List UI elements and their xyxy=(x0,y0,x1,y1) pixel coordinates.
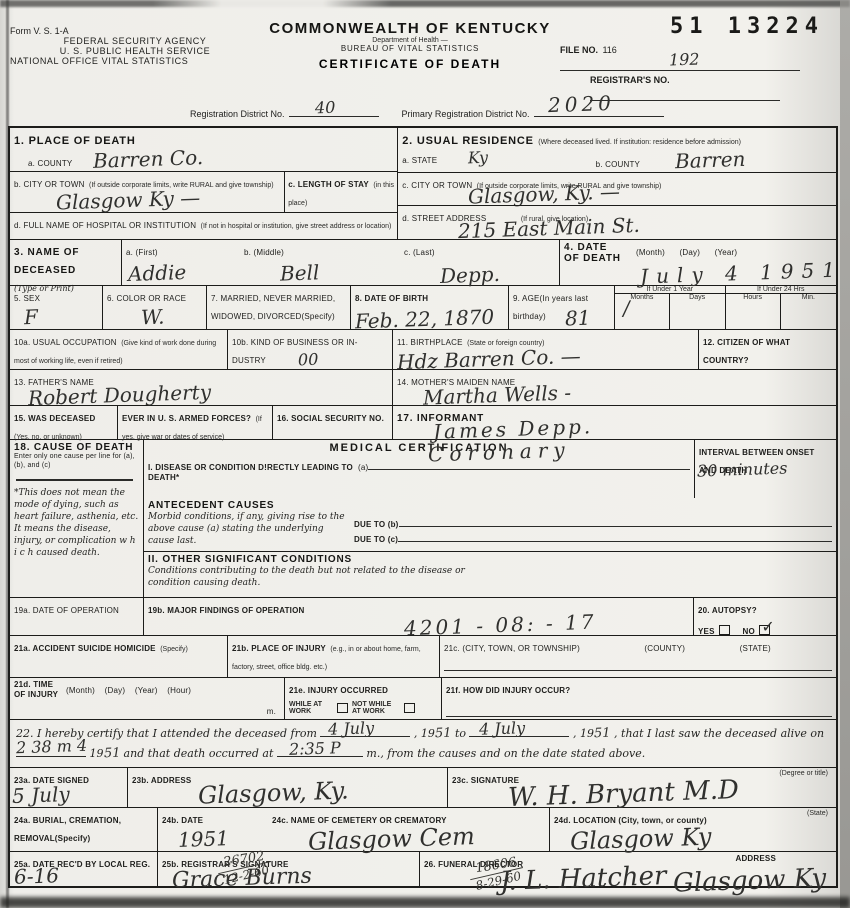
certificate-title: CERTIFICATE OF DEATH xyxy=(260,57,560,71)
other-conditions-title: II. OTHER SIGNIFICANT CONDITIONS xyxy=(148,554,832,565)
marital-label: 7. MARRIED, NEVER MARRIED, WIDOWED, DIVO… xyxy=(211,294,335,321)
address-field: 23b. ADDRESS Glasgow, Ky. xyxy=(128,768,448,807)
ssn-label: 16. SOCIAL SECURITY NO. xyxy=(277,414,384,423)
injury-state-label: (STATE) xyxy=(740,644,771,653)
residence-state-value: Ky xyxy=(467,150,488,167)
hospital-label: d. FULL NAME OF HOSPITAL OR INSTITUTION xyxy=(14,221,196,230)
primary-district-value: 2020 xyxy=(548,93,616,115)
race-label: 6. COLOR OR RACE xyxy=(107,294,186,303)
certify-v6: 51 xyxy=(103,747,120,761)
hours-col: Hours xyxy=(726,294,781,329)
certify-v4: 51 xyxy=(594,727,611,741)
race-value: W. xyxy=(141,307,165,328)
occupation-label: 10a. USUAL OCCUPATION xyxy=(14,338,117,347)
registrar-no-line xyxy=(590,100,780,101)
bureau-line: BUREAU OF VITAL STATISTICS xyxy=(260,44,560,54)
injury-county-label: (COUNTY) xyxy=(644,644,685,653)
primary-district-blank: 2020 xyxy=(534,116,664,117)
informant-field: 17. INFORMANT James Depp. xyxy=(393,406,836,439)
dept-line: Department of Health — xyxy=(260,37,560,44)
was-deceased-label: 15. WAS DECEASED xyxy=(14,414,95,423)
address-label: 23b. ADDRESS xyxy=(132,776,191,785)
medical-certification-title: MEDICAL CERTIFICATION xyxy=(148,442,690,454)
birth-date-field: 8. DATE OF BIRTH Feb. 22, 1870 xyxy=(351,286,509,329)
burial-type-field: 24a. BURIAL, CREMA­TION, REMOVAL(Specify… xyxy=(10,808,158,851)
agency-line-1: FEDERAL SECURITY AGENCY xyxy=(10,36,260,46)
time-m-label: m. xyxy=(267,707,276,717)
residence-city-field: c. CITY OR TOWN (If outside corporate li… xyxy=(398,172,836,205)
residence-city-label: c. CITY OR TOWN xyxy=(402,181,472,190)
certify-p3: to xyxy=(455,727,466,740)
name-title: 3. NAME OF DECEASED xyxy=(14,247,79,276)
due-to-b-blank xyxy=(399,515,832,527)
citizen-label: 12. CITIZEN OF WHAT COUNTRY? xyxy=(703,338,790,365)
certify-p7: and that death occurred at xyxy=(124,747,274,760)
certify-blank-4: 2:35 P xyxy=(277,756,363,757)
was-deceased-field: 15. WAS DECEASED (Yes, no, or unknown) xyxy=(10,406,118,439)
disease-blank: Coronary xyxy=(368,456,690,470)
residence-title: 2. USUAL RESIDENCE xyxy=(402,135,534,147)
how-injury-label: 21f. HOW DID INJURY OCCUR? xyxy=(446,686,570,695)
hospital-note: (If not in hospital or institution, give… xyxy=(201,223,392,230)
address-value: Glasgow, Ky. xyxy=(198,778,349,807)
due-to-c-label: DUE TO (c) xyxy=(354,535,398,545)
form-number: Form V. S. 1-A xyxy=(10,26,260,36)
date-received-field: 25a. DATE REC'D BY LOCAL REG. 6-16 xyxy=(10,852,158,886)
min-col: Min. xyxy=(781,294,836,329)
residence-county-field: b. COUNTY Barren xyxy=(596,150,832,172)
place-city-label: b. CITY OR TOWN xyxy=(14,180,85,189)
how-injury-field: 21f. HOW DID INJURY OCCUR? xyxy=(442,678,836,719)
name-first-label: a. (First) xyxy=(126,248,158,257)
scan-artifact-top xyxy=(0,0,850,7)
under-1-year-label: If Under 1 Year xyxy=(615,286,725,294)
name-last-value: Depp. xyxy=(440,264,501,286)
age-subdivision: If Under 1 Year Months/ Days If Under 24… xyxy=(615,286,836,329)
operation-findings-label: 19b. MAJOR FINDINGS OF OPERATION xyxy=(148,606,305,615)
days-col: Days xyxy=(670,294,725,329)
registrar-no-label: REGISTRAR'S NO. xyxy=(590,75,670,85)
name-middle-field: b. (Middle) Bell xyxy=(240,240,400,285)
signature-note: (Degree or title) xyxy=(779,770,828,777)
autopsy-no-checkbox: ✓ xyxy=(759,625,770,635)
place-county-value: Barren Co. xyxy=(93,147,204,171)
other-conditions-note: Conditions contributing to the death but… xyxy=(148,565,468,589)
certify-blank-1: 4 July xyxy=(320,736,410,737)
district-line: Registration District No. 40 Primary Reg… xyxy=(190,104,826,122)
certify-v2: 51 xyxy=(435,727,452,741)
autopsy-label: 20. AUTOPSY? xyxy=(698,606,757,615)
not-while-at-work-checkbox xyxy=(404,703,415,713)
place-of-death-section: 1. PLACE OF DEATH a. COUNTY Barren Co. b… xyxy=(10,128,398,239)
cause-footnote: *This does not mean the mode of dying, s… xyxy=(14,487,139,560)
sex-field: 5. SEX F xyxy=(10,286,103,329)
interval-value: 30 minutes xyxy=(697,460,788,479)
autopsy-yes-label: YES xyxy=(698,627,715,636)
date-of-death-field: 4. DATE OF DEATH (Month) (Day) (Year) Ju… xyxy=(560,240,836,285)
accident-suicide-field: 21a. ACCIDENT SUICIDE HOMICIDE (Specify) xyxy=(10,636,228,677)
father-value: Robert Dougherty xyxy=(28,382,212,408)
injury-occurred-field: 21e. INJURY OCCURRED WHILE AT WORK NOT W… xyxy=(285,678,442,719)
length-of-stay-label: c. LENGTH OF STAY xyxy=(288,180,369,189)
certify-statement: 22. I hereby certify that I attended the… xyxy=(10,720,836,767)
certificate-header: Form V. S. 1-A FEDERAL SECURITY AGENCY U… xyxy=(10,12,836,124)
certify-p2: , 19 xyxy=(414,727,435,740)
injury-location-blank xyxy=(444,670,832,671)
industry-field: 10b. KIND OF BUSINESS OR IN­DUSTRY 00 xyxy=(228,330,393,369)
injury-occurred-label: 21e. INJURY OCCURRED xyxy=(289,686,388,695)
date-of-death-cols: (Month) (Day) (Year) xyxy=(636,248,737,257)
usual-residence-section: 2. USUAL RESIDENCE (Where deceased lived… xyxy=(398,128,836,239)
residence-street-field: d. STREET ADDRESS (If rural, give locati… xyxy=(398,205,836,239)
disease-label: I. DISEASE OR CONDITION D!RECTLY LEADING… xyxy=(148,463,358,483)
file-number-block: 51 13224 FILE NO. 116 192 REGISTRAR'S NO… xyxy=(560,12,836,71)
accident-label: 21a. ACCIDENT SUICIDE HOMICIDE xyxy=(14,644,156,653)
birthplace-label: 11. BIRTHPLACE xyxy=(397,338,463,347)
place-of-injury-field: 21b. PLACE OF INJURY (e.g., in or about … xyxy=(228,636,440,677)
sex-value: F xyxy=(24,307,39,327)
burial-location-value: Glasgow Ky xyxy=(570,825,712,854)
residence-city-value: Glasgow, Ky. — xyxy=(468,181,620,206)
armed-forces-field: EVER IN U. S. ARMED FORCES? (If yes, giv… xyxy=(118,406,273,439)
name-first-value: Addie xyxy=(128,262,187,284)
registrar-no-value: 192 xyxy=(669,51,700,68)
while-at-work-label: WHILE AT WORK xyxy=(289,701,333,715)
certify-p4: , 19 xyxy=(573,727,594,740)
registrar-signature-field: 25b. REGISTRAR'S SIGNATURE Grace Burns xyxy=(158,852,420,886)
burial-date-label: 24b. DATE xyxy=(162,816,203,825)
operation-date-field: 19a. DATE OF OPERA­TION xyxy=(10,598,144,635)
date-signed-value: 5 July xyxy=(12,784,70,806)
operation-findings-field: 19b. MAJOR FINDINGS OF OPERATION 4201 - … xyxy=(144,598,694,635)
name-last-label: c. (Last) xyxy=(404,248,435,257)
hospital-field: d. FULL NAME OF HOSPITAL OR INSTITUTION … xyxy=(10,212,397,239)
interval-field: INTERVAL BETWEEN ONSET AND DEATH 30 minu… xyxy=(694,440,836,498)
funeral-director-address-label: ADDRESS xyxy=(735,854,776,864)
residence-state-field: a. STATE Ky xyxy=(402,150,595,172)
injury-location-field: 21c. (CITY, TOWN, OR TOWNSHIP) (COUNTY) … xyxy=(440,636,836,677)
mother-field: 14. MOTHER'S MAIDEN NAME Martha Wells - xyxy=(393,370,836,405)
accident-note: (Specify) xyxy=(160,646,188,653)
due-to-c-blank xyxy=(398,530,832,542)
certificate-form: 1. PLACE OF DEATH a. COUNTY Barren Co. b… xyxy=(8,126,838,888)
autopsy-no-checkmark: ✓ xyxy=(761,617,774,636)
while-at-work-checkbox xyxy=(337,703,348,713)
certify-p6: 19 xyxy=(90,747,104,760)
antecedent-note: Morbid conditions, if any, giving rise t… xyxy=(148,511,348,549)
mother-value: Martha Wells - xyxy=(423,382,572,407)
birthplace-value: Hdz Barren Co. — xyxy=(397,346,581,372)
cause-instruction: Enter only one cause per line for (a), (… xyxy=(14,453,139,471)
occupation-field: 10a. USUAL OCCUPATION (Give kind of work… xyxy=(10,330,228,369)
place-county-label: a. COUNTY xyxy=(28,159,72,168)
disease-a-label: (a) xyxy=(358,463,368,473)
certify-blank-3: 2 38 m 4 xyxy=(16,756,86,757)
name-middle-value: Bell xyxy=(280,262,320,283)
residence-street-value: 215 East Main St. xyxy=(458,215,640,241)
cemetery-field: 24c. NAME OF CEMETERY OR CREMATORY Glasg… xyxy=(268,808,550,851)
cause-of-death-sidebar: 18. CAUSE OF DEATH Enter only one cause … xyxy=(10,440,144,597)
commonwealth-title: COMMONWEALTH OF KENTUCKY xyxy=(260,20,560,37)
residence-state-label: a. STATE xyxy=(402,156,437,165)
under-24-hrs-label: If Under 24 Hrs xyxy=(726,286,837,294)
autopsy-field: 20. AUTOPSY? YES NO ✓ xyxy=(694,598,836,635)
certify-v1: 4 July xyxy=(328,720,375,738)
certify-blank-2: 4 July xyxy=(469,736,569,737)
sex-label: 5. SEX xyxy=(14,294,40,303)
name-first-field: a. (First) Addie xyxy=(122,240,240,285)
months-col: Months/ xyxy=(615,294,670,329)
residence-county-label: b. COUNTY xyxy=(596,160,640,169)
industry-value: 00 xyxy=(298,352,319,369)
how-injury-blank xyxy=(446,716,832,717)
name-last-field: c. (Last) Depp. xyxy=(400,240,560,285)
file-no-label: FILE NO. xyxy=(560,45,598,55)
date-of-death-title: 4. DATE OF DEATH xyxy=(564,242,622,264)
certify-p5: , that I last saw the deceased alive on xyxy=(614,727,824,740)
file-number-stamp: 51 13224 xyxy=(670,14,824,39)
date-received-value: 6-16 xyxy=(14,865,60,887)
issuing-agency-block: Form V. S. 1-A FEDERAL SECURITY AGENCY U… xyxy=(10,12,260,71)
certify-v3: 4 July xyxy=(479,720,526,738)
birthplace-field: 11. BIRTHPLACE (State or foreign country… xyxy=(393,330,699,369)
date-signed-field: 23a. DATE SIGNED 5 July xyxy=(10,768,128,807)
age-value: 81 xyxy=(565,308,591,329)
marital-field: 7. MARRIED, NEVER MARRIED, WIDOWED, DIVO… xyxy=(207,286,351,329)
name-of-deceased-section: 3. NAME OF DECEASED (Type or Print) xyxy=(10,240,122,285)
disease-value: Coronary xyxy=(428,440,571,465)
father-field: 13. FATHER'S NAME Robert Dougherty xyxy=(10,370,393,405)
residence-note: (Where deceased lived. If institution: r… xyxy=(538,139,741,146)
race-field: 6. COLOR OR RACE W. xyxy=(103,286,207,329)
burial-state-note: (State) xyxy=(807,810,828,817)
birth-date-label: 8. DATE OF BIRTH xyxy=(355,294,428,303)
name-middle-label: b. (Middle) xyxy=(244,248,284,257)
autopsy-yes-checkbox xyxy=(719,625,730,635)
medical-certification-section: MEDICAL CERTIFICATION I. DISEASE OR COND… xyxy=(144,440,836,597)
autopsy-no-label: NO xyxy=(743,627,755,636)
time-of-injury-cols: (Month) (Day) (Year) (Hour) xyxy=(66,686,191,695)
scan-artifact-right-edge xyxy=(840,0,850,908)
date-of-death-value: July 4 1951 xyxy=(640,259,844,286)
length-of-stay-field: c. LENGTH OF STAY (in this place) xyxy=(285,172,397,212)
months-mark: / xyxy=(623,298,630,318)
signature-field: 23c. SIGNATURE (Degree or title) W. H. B… xyxy=(448,768,836,807)
cause-divider xyxy=(16,479,133,481)
cause-title: 18. CAUSE OF DEATH xyxy=(14,442,139,453)
district-blank: 40 xyxy=(289,116,379,117)
armed-forces-label: EVER IN U. S. ARMED FORCES? xyxy=(122,414,251,423)
agency-line-3: NATIONAL OFFICE VITAL STATISTICS xyxy=(10,56,260,66)
time-of-injury-label: 21d. TIME OF INJURY xyxy=(14,680,66,700)
district-label: Registration District No. xyxy=(190,109,285,119)
district-value: 40 xyxy=(315,100,336,117)
operation-date-label: 19a. DATE OF OPERA­TION xyxy=(14,606,119,615)
under-24-hrs-block: If Under 24 Hrs Hours Min. xyxy=(726,286,837,329)
injury-city-label: 21c. (CITY, TOWN, OR TOWNSHIP) xyxy=(444,644,580,653)
cemetery-value: Glasgow Cem xyxy=(308,824,476,854)
burial-type-label: 24a. BURIAL, CREMA­TION, REMOVAL(Specify… xyxy=(14,816,121,843)
ssn-field: 16. SOCIAL SECURITY NO. xyxy=(273,406,393,439)
not-while-at-work-label: NOT WHILE AT WORK xyxy=(352,701,400,715)
burial-date-value: 1951 xyxy=(178,828,230,850)
place-of-injury-label: 21b. PLACE OF INJURY xyxy=(232,644,326,653)
burial-location-field: 24d. LOCATION (City, town, or county) (S… xyxy=(550,808,836,851)
signature-value: W. H. Bryant M.D xyxy=(508,777,740,811)
antecedent-title: ANTECEDENT CAUSES xyxy=(148,500,832,511)
place-city-value: Glasgow Ky — xyxy=(56,187,201,212)
certify-v5: 2 38 m 4 xyxy=(16,738,88,756)
time-of-injury-field: 21d. TIME OF INJURY (Month) (Day) (Year)… xyxy=(10,678,285,719)
operation-findings-value: 4201 - 08: - 17 xyxy=(404,612,597,639)
place-title: 1. PLACE OF DEATH xyxy=(14,135,136,147)
due-to-b-label: DUE TO (b) xyxy=(354,520,399,530)
title-block: COMMONWEALTH OF KENTUCKY Department of H… xyxy=(260,12,560,71)
age-field: 9. AGE(In years last birthday) 81 xyxy=(509,286,615,329)
certify-p8: m., from the causes and on the date stat… xyxy=(366,747,645,760)
funeral-director-address-value: Glasgow Ky xyxy=(672,865,826,896)
primary-district-label: Primary Registration District No. xyxy=(401,109,529,119)
place-city-field: b. CITY OR TOWN (If outside corporate li… xyxy=(10,172,285,212)
citizen-field: 12. CITIZEN OF WHAT COUNTRY? xyxy=(699,330,836,369)
burial-date-field: 24b. DATE 1951 xyxy=(158,808,268,851)
agency-line-2: U. S. PUBLIC HEALTH SERVICE xyxy=(10,46,260,56)
file-no-value: 116 xyxy=(602,45,616,55)
scan-artifact-bottom xyxy=(0,897,850,908)
residence-county-value: Barren xyxy=(674,149,745,171)
certify-v7: 2:35 P xyxy=(289,740,341,758)
industry-label: 10b. KIND OF BUSINESS OR IN­DUSTRY xyxy=(232,338,357,365)
under-1-year-block: If Under 1 Year Months/ Days xyxy=(615,286,726,329)
birth-date-value: Feb. 22, 1870 xyxy=(355,307,495,332)
